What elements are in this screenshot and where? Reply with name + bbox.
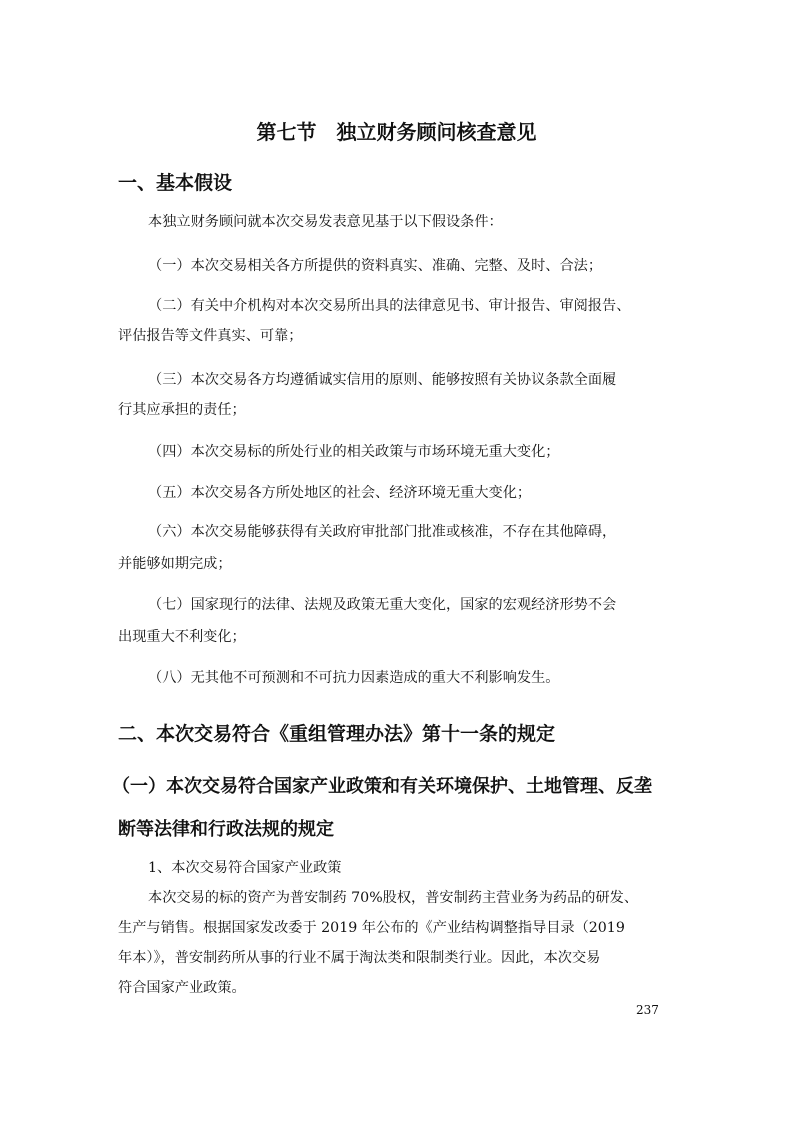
assumption-item-8: （八）无其他不可预测和不可抗力因素造成的重大不利影响发生。 [148,667,559,687]
paragraph-line-3: 年本）》，普安制药所从事的行业不属于淘汰类和限制类行业。因此，本次交易 [118,947,600,967]
paragraph-line-4: 符合国家产业政策。 [118,977,246,997]
assumption-item-5: （五）本次交易各方所处地区的社会、经济环境无重大变化； [148,482,531,502]
assumption-item-2-cont: 评估报告等文件真实、可靠； [118,325,302,345]
section-heading-article-11: 二、本次交易符合《重组管理办法》第十一条的规定 [118,719,555,746]
assumption-item-4: （四）本次交易标的所处行业的相关政策与市场环境无重大变化； [148,441,559,461]
page-title: 第七节 独立财务顾问核查意见 [0,116,793,145]
assumption-item-1: （一）本次交易相关各方所提供的资料真实、准确、完整、及时、合法； [148,255,602,275]
assumption-item-2: （二）有关中介机构对本次交易所出具的法律意见书、审计报告、审阅报告、 [148,295,630,315]
section-heading-basic-assumptions: 一、基本假设 [118,168,232,195]
paragraph-line-2: 生产与销售。根据国家发改委于 2019 年公布的《产业结构调整指导目录（2019 [118,917,625,937]
paragraph-intro: 本独立财务顾问就本次交易发表意见基于以下假设条件： [148,211,503,231]
paragraph-line-1: 本次交易的标的资产为普安制药 70%股权，普安制药主营业务为药品的研发、 [148,887,638,907]
assumption-item-3: （三）本次交易各方均遵循诚实信用的原则、能够按照有关协议条款全面履 [148,369,616,389]
assumption-item-6: （六）本次交易能够获得有关政府审批部门批准或核准，不存在其他障碍， [148,521,616,541]
document-page: 第七节 独立财务顾问核查意见 一、基本假设 本独立财务顾问就本次交易发表意见基于… [0,0,793,1122]
assumption-item-3-cont: 行其应承担的责任； [118,399,246,419]
assumption-item-7: （七）国家现行的法律、法规及政策无重大变化，国家的宏观经济形势不会 [148,594,616,614]
point-label: 1、本次交易符合国家产业政策 [148,857,341,877]
page-number: 237 [636,1003,659,1017]
subsection-heading-line2: 断等法律和行政法规的规定 [118,815,334,841]
subsection-heading-line1: （一）本次交易符合国家产业政策和有关环境保护、土地管理、反垄 [112,772,652,798]
assumption-item-7-cont: 出现重大不利变化； [118,626,246,646]
assumption-item-6-cont: 并能够如期完成； [118,553,232,573]
